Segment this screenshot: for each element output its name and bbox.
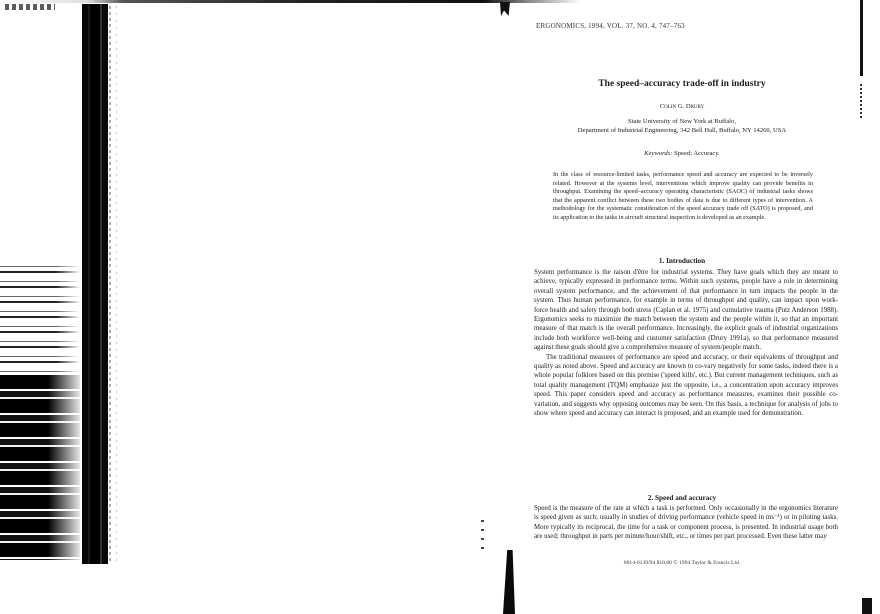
section-heading-speed-accuracy: 2. Speed and accuracy [522,494,842,502]
copyright-footer: 0014-0139/94 $10.00 © 1994 Taylor & Fran… [522,560,842,566]
keywords-value: Speed; Accuracy. [674,150,720,157]
section-body-introduction: System performance is the raison d'être … [534,268,838,419]
section-body-speed-accuracy: Speed is the measure of the rate at whic… [534,504,838,542]
book-spine-shadow [82,4,108,564]
abstract: In the class of resource-limited tasks, … [553,171,813,222]
keywords: Keywords: Speed; Accuracy. [522,150,842,157]
spine-edge-line [109,6,111,562]
paragraph: System performance is the raison d'être … [534,268,838,353]
author-name: Colin G. Drury [522,103,842,110]
scan-right-corner [862,598,872,614]
scan-right-edge [860,0,863,76]
paragraph: The traditional measures of performance … [534,353,838,419]
paper-title: The speed–accuracy trade-off in industry [522,79,842,89]
scan-right-edge-dashed [860,84,862,118]
paragraph: Speed is the measure of the rate at whic… [534,504,838,542]
scan-dots [481,520,484,550]
keywords-label: Keywords: [644,150,672,157]
journal-citation: ERGONOMICS, 1994, VOL. 37, NO. 4, 747–76… [536,22,685,30]
author-affiliation: State University of New York at Buffalo,… [522,118,842,135]
scan-smudge [5,4,55,10]
spine-edge-line-2 [116,6,117,562]
section-heading-introduction: 1. Introduction [522,257,842,265]
affiliation-line-1: State University of New York at Buffalo, [522,118,842,127]
scan-corner-mark [500,2,510,16]
affiliation-line-2: Department of Industrial Engineering, 34… [522,127,842,136]
facing-page-bleed-dark [0,375,80,560]
scan-bottom-wedge [503,550,515,614]
scan-top-edge [0,0,880,3]
